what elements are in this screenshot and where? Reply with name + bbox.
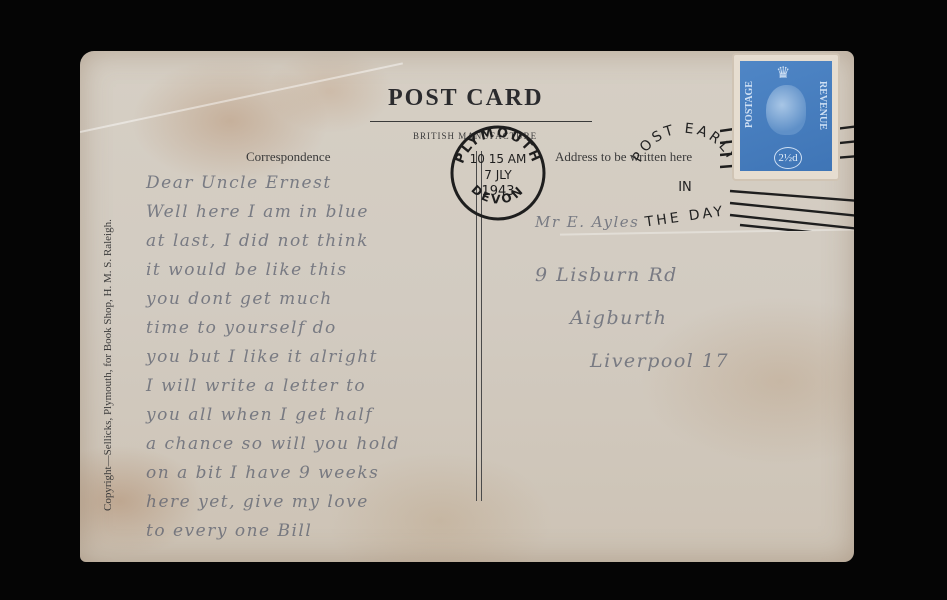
address-line: Liverpool 17 <box>535 340 729 383</box>
copyright-text: Copyright—Sellicks, Plymouth, for Book S… <box>102 219 114 511</box>
stamp-value: 2½d <box>774 147 802 169</box>
postcard-title: POST CARD <box>388 85 544 112</box>
crease-mark <box>80 62 403 133</box>
message-line: at last, I did not think <box>146 227 400 256</box>
message-line: you but I like it alright <box>146 343 400 372</box>
address-line: Aigburth <box>535 297 729 340</box>
postmark-time: 10 15 AM <box>470 152 527 166</box>
stamp-face: ♛ POSTAGE REVENUE 2½d <box>740 61 832 171</box>
stamp-revenue-text: REVENUE <box>817 81 828 130</box>
postcard: POST CARD BRITISH MANUFACTURE Correspond… <box>80 51 854 562</box>
message-line: time to yourself do <box>146 314 400 343</box>
postmark-date: 7 JLY <box>484 168 512 182</box>
svg-text:THE DAY: THE DAY <box>643 203 726 230</box>
correspondence-label: Correspondence <box>246 149 330 165</box>
address-line: 9 Lisburn Rd <box>535 254 729 297</box>
postage-stamp: ♛ POSTAGE REVENUE 2½d <box>734 55 838 179</box>
king-portrait <box>766 85 806 135</box>
message-line: here yet, give my love <box>146 488 400 517</box>
svg-text:IN: IN <box>678 180 692 195</box>
stamp-postage-text: POSTAGE <box>744 81 755 128</box>
crown-icon: ♛ <box>776 63 790 83</box>
message-line: I will write a letter to <box>146 372 400 401</box>
handwritten-message: Dear Uncle Ernest Well here I am in blue… <box>146 169 400 546</box>
message-line: it would be like this <box>146 256 400 285</box>
message-line: Dear Uncle Ernest <box>146 169 400 198</box>
message-line: a chance so will you hold <box>146 430 400 459</box>
plymouth-postmark: PLYMOUTH DEVON 10 15 AM 7 JLY 1943 <box>448 121 548 221</box>
message-line: you all when I get half <box>146 401 400 430</box>
message-line: Well here I am in blue <box>146 198 400 227</box>
handwritten-address: Mr E. Ayles 9 Lisburn Rd Aigburth Liverp… <box>535 211 729 383</box>
message-line: you dont get much <box>146 285 400 314</box>
postmark-year: 1943 <box>481 184 514 199</box>
message-line: to every one Bill <box>146 517 400 546</box>
message-line: on a bit I have 9 weeks <box>146 459 400 488</box>
